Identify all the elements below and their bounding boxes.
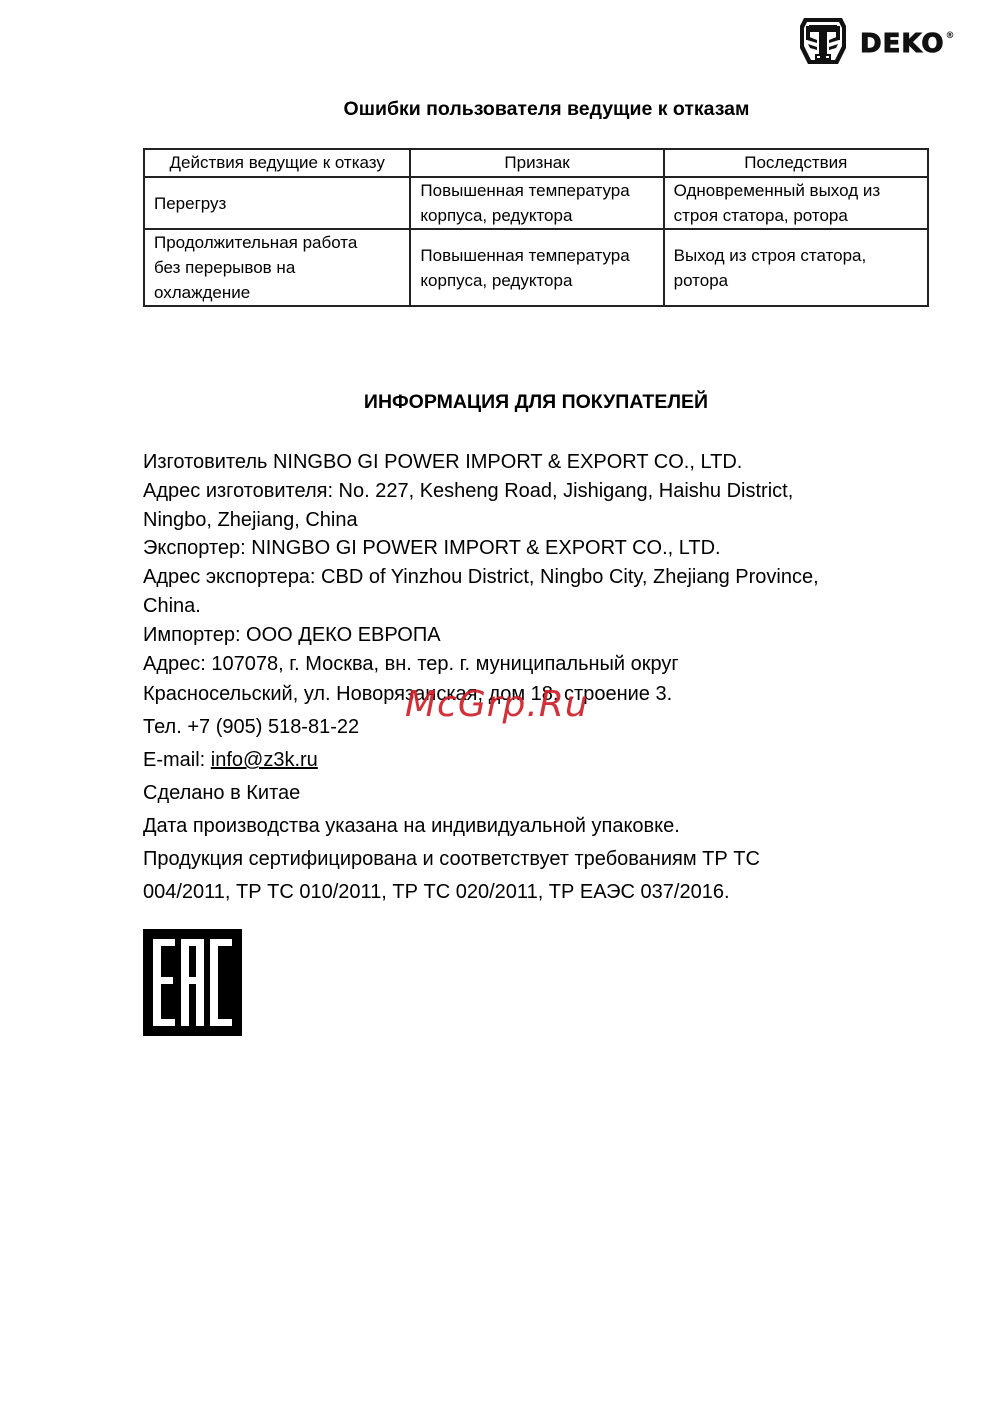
cell-text: корпуса, редуктора [420,203,653,228]
errors-section-title: Ошибки пользователя ведущие к отказам [0,98,1000,121]
exporter-address-line: Адрес экспортера: CBD of Yinzhou Distric… [143,563,903,592]
column-header-sign: Признак [410,149,663,177]
eac-mark-icon [143,929,242,1036]
deko-logo: DEKO® [798,14,955,70]
importer-line: Импортер: ООО ДЕКО ЕВРОПА [143,621,903,650]
manufacturer-line: Изготовитель NINGBO GI POWER IMPORT & EX… [143,448,903,477]
table-header-row: Действия ведущие к отказу Признак Послед… [144,149,928,177]
deko-robot-head-icon [798,14,848,70]
cell-text: охлаждение [154,280,400,305]
watermark: McGrp.Ru [405,684,589,725]
exporter-line: Экспортер: NINGBO GI POWER IMPORT & EXPO… [143,534,903,563]
cell-consequence: Одновременный выход из строя статора, ро… [664,177,928,229]
manufacturer-address-line: Адрес изготовителя: No. 227, Kesheng Roa… [143,477,903,506]
email-label: E-mail: [143,749,211,771]
origin-line: Сделано в Китае [143,777,903,810]
email-line: E-mail: info@z3k.ru [143,744,903,777]
cell-text: строя статора, ротора [674,203,918,228]
cell-text: Повышенная температура [420,178,653,203]
cell-action: Перегруз [144,177,410,229]
errors-table: Действия ведущие к отказу Признак Послед… [143,148,929,307]
cell-sign: Повышенная температура корпуса, редуктор… [410,229,663,306]
email-link[interactable]: info@z3k.ru [211,749,318,771]
cell-text: корпуса, редуктора [420,268,653,293]
buyer-info-block: Изготовитель NINGBO GI POWER IMPORT & EX… [143,448,903,909]
cell-text: Продолжительная работа [154,230,400,255]
cell-text: без перерывов на [154,255,400,280]
certification-line: 004/2011, ТР ТС 010/2011, ТР ТС 020/2011… [143,876,903,909]
certification-line: Продукция сертифицирована и соответствуе… [143,843,903,876]
production-date-line: Дата производства указана на индивидуаль… [143,810,903,843]
cell-consequence: Выход из строя статора, ротора [664,229,928,306]
exporter-address-line: China. [143,592,903,621]
table-row: Продолжительная работа без перерывов на … [144,229,928,306]
table-row: Перегруз Повышенная температура корпуса,… [144,177,928,229]
cell-text: ротора [674,268,918,293]
importer-address-line: Адрес: 107078, г. Москва, вн. тер. г. му… [143,650,903,679]
cell-sign: Повышенная температура корпуса, редуктор… [410,177,663,229]
column-header-consequence: Последствия [664,149,928,177]
column-header-action: Действия ведущие к отказу [144,149,410,177]
manufacturer-address-line: Ningbo, Zhejiang, China [143,506,903,535]
buyer-info-title: ИНФОРМАЦИЯ ДЛЯ ПОКУПАТЕЛЕЙ [0,391,1000,414]
cell-text: Одновременный выход из [674,178,918,203]
cell-text: Выход из строя статора, [674,243,918,268]
brand-name: DEKO® [860,29,955,59]
cell-text: Повышенная температура [420,243,653,268]
cell-action: Продолжительная работа без перерывов на … [144,229,410,306]
